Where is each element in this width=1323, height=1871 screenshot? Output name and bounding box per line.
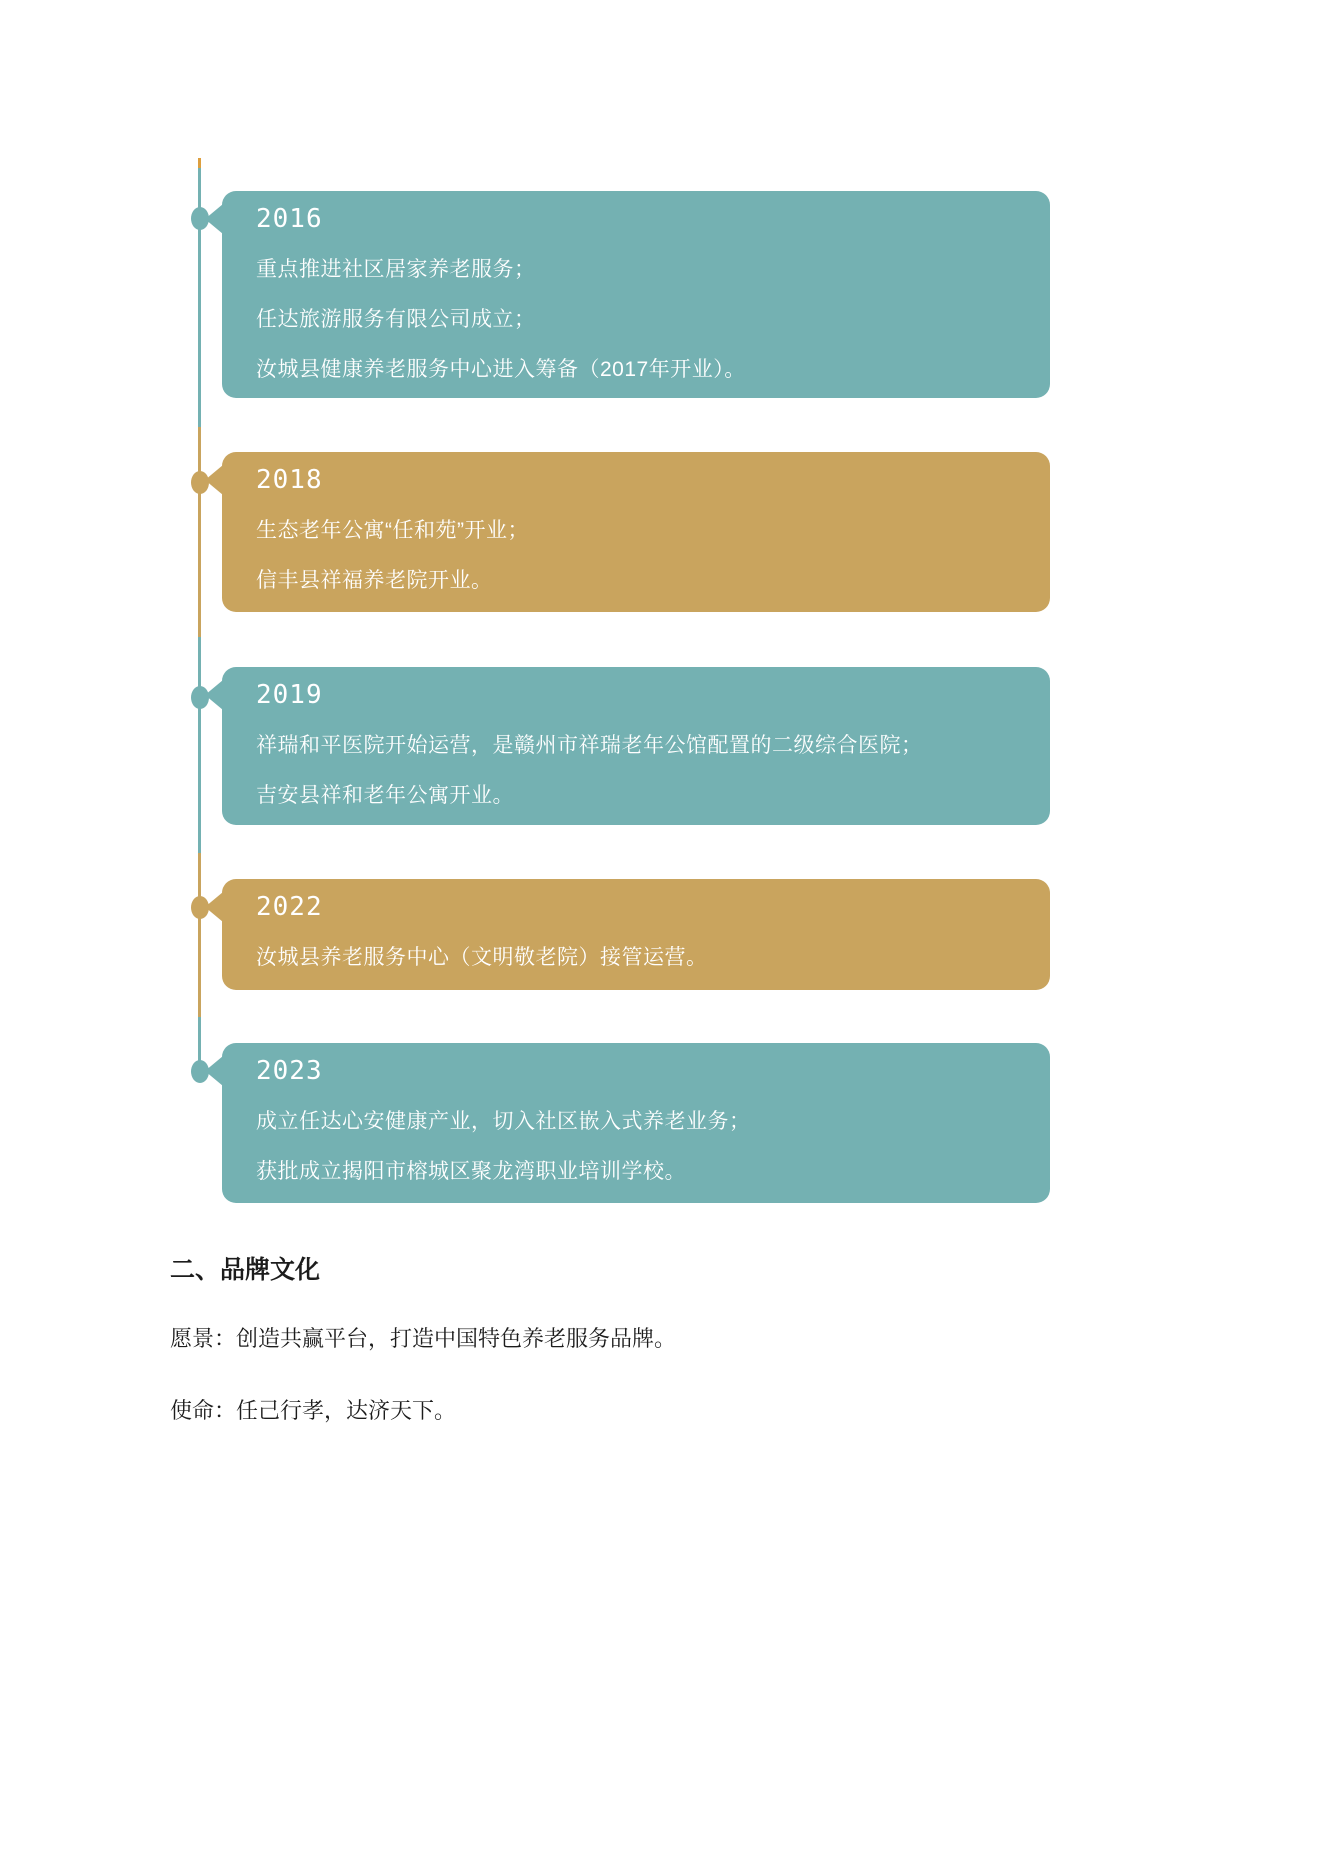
timeline-text-line: 信丰县祥福养老院开业。 xyxy=(256,568,1020,594)
vision-paragraph: 愿景：创造共赢平台，打造中国特色养老服务品牌。 xyxy=(170,1322,676,1353)
section-heading-brand-culture: 二、品牌文化 xyxy=(170,1250,320,1286)
document-page: 2016 重点推进社区居家养老服务； 任达旅游服务有限公司成立； 汝城县健康养老… xyxy=(0,0,1323,1871)
timeline-year: 2022 xyxy=(256,893,1020,921)
timeline-year: 2019 xyxy=(256,681,1020,709)
timeline-line-segment-4 xyxy=(198,853,201,1017)
timeline-text-line: 成立任达心安健康产业，切入社区嵌入式养老业务； xyxy=(256,1109,1020,1135)
timeline-card-2016: 2016 重点推进社区居家养老服务； 任达旅游服务有限公司成立； 汝城县健康养老… xyxy=(222,191,1050,398)
timeline-line-tip xyxy=(198,158,201,168)
timeline-text-line: 重点推进社区居家养老服务； xyxy=(256,257,1020,283)
timeline-line-segment-2 xyxy=(198,427,201,637)
timeline-card-2023: 2023 成立任达心安健康产业，切入社区嵌入式养老业务； 获批成立揭阳市榕城区聚… xyxy=(222,1043,1050,1203)
card-tail-pointer-icon xyxy=(205,204,223,234)
timeline-text-line: 祥瑞和平医院开始运营，是赣州市祥瑞老年公馆配置的二级综合医院； xyxy=(256,733,1020,759)
card-tail-pointer-icon xyxy=(205,465,223,495)
timeline-text-line: 任达旅游服务有限公司成立； xyxy=(256,307,1020,333)
card-tail-pointer-icon xyxy=(205,680,223,710)
timeline-card-2019: 2019 祥瑞和平医院开始运营，是赣州市祥瑞老年公馆配置的二级综合医院； 吉安县… xyxy=(222,667,1050,825)
mission-paragraph: 使命：任己行孝，达济天下。 xyxy=(170,1394,456,1425)
timeline-year: 2018 xyxy=(256,466,1020,494)
timeline-text-line: 生态老年公寓“任和苑”开业； xyxy=(256,518,1020,544)
timeline-year: 2016 xyxy=(256,205,1020,233)
timeline-line-segment-3 xyxy=(198,637,201,853)
card-tail-pointer-icon xyxy=(205,1056,223,1086)
timeline-text-line: 吉安县祥和老年公寓开业。 xyxy=(256,783,1020,809)
timeline-text-line: 汝城县养老服务中心（文明敬老院）接管运营。 xyxy=(256,945,1020,971)
timeline-year: 2023 xyxy=(256,1057,1020,1085)
timeline-card-2022: 2022 汝城县养老服务中心（文明敬老院）接管运营。 xyxy=(222,879,1050,990)
timeline-text-line: 汝城县健康养老服务中心进入筹备（2017年开业）。 xyxy=(256,357,1020,383)
card-tail-pointer-icon xyxy=(205,892,223,922)
timeline-text-line: 获批成立揭阳市榕城区聚龙湾职业培训学校。 xyxy=(256,1159,1020,1185)
timeline-card-2018: 2018 生态老年公寓“任和苑”开业； 信丰县祥福养老院开业。 xyxy=(222,452,1050,612)
